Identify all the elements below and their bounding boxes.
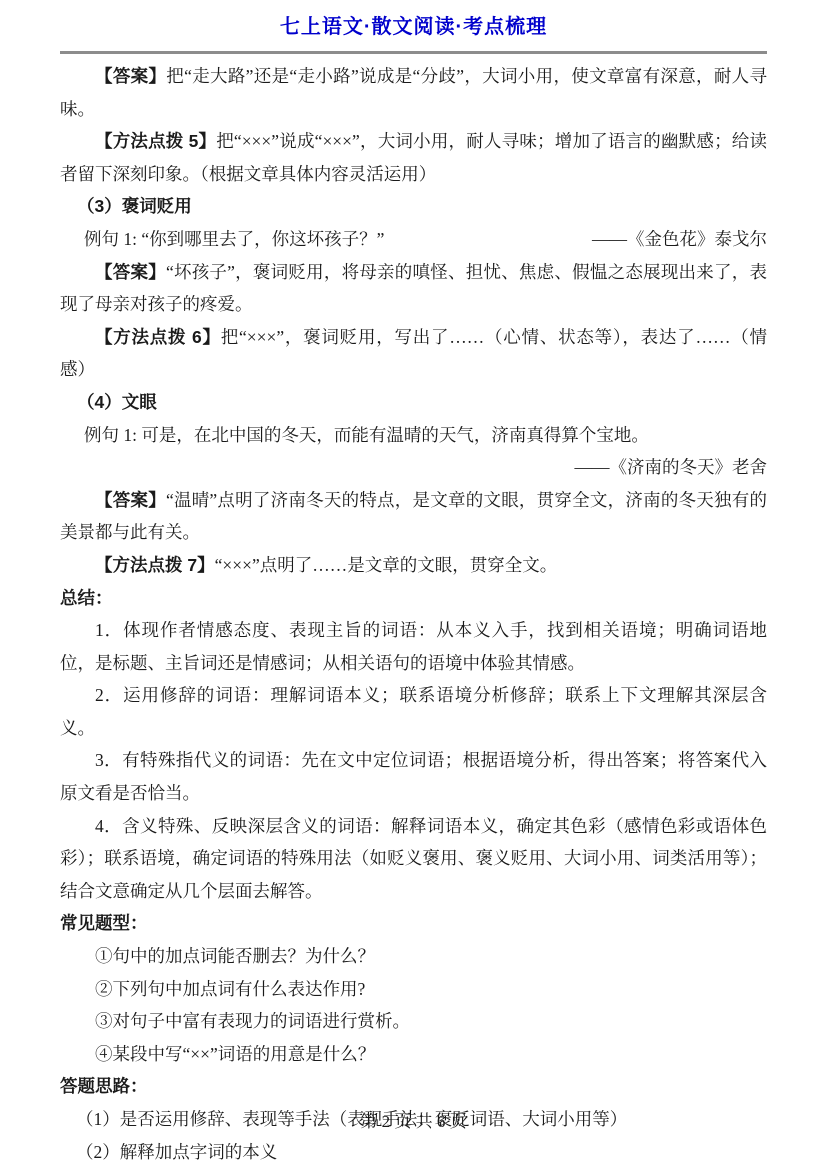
question-type-4: ④某段中写“××”词语的用意是什么？: [60, 1038, 767, 1071]
source-attribution-jinan: ——《济南的冬天》老舍: [60, 451, 767, 484]
method-tip-6: 【方法点拨 6】把“×××”，褒词贬用，写出了……（心情、状态等），表达了……（…: [60, 321, 767, 386]
document-body: 【答案】把“走大路”还是“走小路”说成是“分歧”，大词小用，使文章富有深意，耐人…: [0, 54, 827, 1168]
summary-item-3: 3．有特殊指代义的词语：先在文中定位词语；根据语境分析，得出答案；将答案代入原文…: [60, 744, 767, 809]
document-page: 七上语文·散文阅读·考点梳理 【答案】把“走大路”还是“走小路”说成是“分歧”，…: [0, 0, 827, 1169]
question-type-1: ①句中的加点词能否删去？为什么？: [60, 940, 767, 973]
example-sentence-goldflower: 例句 1: “你到哪里去了，你这坏孩子？” ——《金色花》泰戈尔: [60, 223, 767, 256]
question-type-3: ③对句子中富有表现力的词语进行赏析。: [60, 1005, 767, 1038]
example-sentence-jinan: 例句 1: 可是，在北中国的冬天，而能有温晴的天气，济南真得算个宝地。: [60, 419, 767, 452]
question-type-2: ②下列句中加点词有什么表达作用?: [60, 973, 767, 1006]
method-tip-7-label: 【方法点拨 7】: [95, 555, 215, 575]
method-tip-5-label: 【方法点拨 5】: [95, 131, 216, 151]
answer-text: “温晴”点明了济南冬天的特点，是文章的文眼，贯穿全文，济南的冬天独有的美景都与此…: [60, 490, 767, 543]
summary-item-4: 4．含义特殊、反映深层含义的词语：解释词语本义，确定其色彩（感情色彩或语体色彩）…: [60, 810, 767, 908]
page-title: 七上语文·散文阅读·考点梳理: [280, 12, 547, 42]
subheading-baoci-bianyong: （3）褒词贬用: [60, 190, 767, 223]
answer-paragraph-1: 【答案】把“走大路”还是“走小路”说成是“分歧”，大词小用，使文章富有深意，耐人…: [60, 60, 767, 125]
example-text: 例句 1: “你到哪里去了，你这坏孩子？”: [84, 223, 384, 256]
method-tip-7-text: “×××”点明了……是文章的文眼，贯穿全文。: [215, 555, 558, 575]
method-tip-7: 【方法点拨 7】“×××”点明了……是文章的文眼，贯穿全文。: [60, 549, 767, 582]
answer-label: 【答案】: [95, 490, 166, 510]
section-head-common-questions: 常见题型：: [60, 907, 767, 940]
method-tip-6-label: 【方法点拨 6】: [95, 327, 221, 347]
page-header: 七上语文·散文阅读·考点梳理: [0, 0, 827, 54]
method-tip-5: 【方法点拨 5】把“×××”说成“×××”，大词小用，耐人寻味；增加了语言的幽默…: [60, 125, 767, 190]
approach-step-2: （2）解释加点字词的本义: [60, 1136, 767, 1169]
answer-paragraph-3: 【答案】“温晴”点明了济南冬天的特点，是文章的文眼，贯穿全文，济南的冬天独有的美…: [60, 484, 767, 549]
answer-label: 【答案】: [95, 66, 166, 86]
answer-label: 【答案】: [95, 262, 166, 282]
source-attribution-goldflower: ——《金色花》泰戈尔: [592, 223, 767, 256]
answer-paragraph-2: 【答案】“坏孩子”，褒词贬用，将母亲的嗔怪、担忧、焦虑、假愠之态展现出来了，表现…: [60, 256, 767, 321]
section-head-summary: 总结：: [60, 582, 767, 615]
page-number: 第 2 页 共 6 页: [0, 1106, 827, 1138]
answer-text: “坏孩子”，褒词贬用，将母亲的嗔怪、担忧、焦虑、假愠之态展现出来了，表现了母亲对…: [60, 262, 767, 315]
summary-item-2: 2．运用修辞的词语：理解词语本义；联系语境分析修辞；联系上下文理解其深层含义。: [60, 679, 767, 744]
summary-item-1: 1．体现作者情感态度、表现主旨的词语：从本义入手，找到相关语境；明确词语地位，是…: [60, 614, 767, 679]
answer-text: 把“走大路”还是“走小路”说成是“分歧”，大词小用，使文章富有深意，耐人寻味。: [60, 66, 767, 119]
section-head-answer-approach: 答题思路：: [60, 1070, 767, 1103]
subheading-wenyan: （4）文眼: [60, 386, 767, 419]
